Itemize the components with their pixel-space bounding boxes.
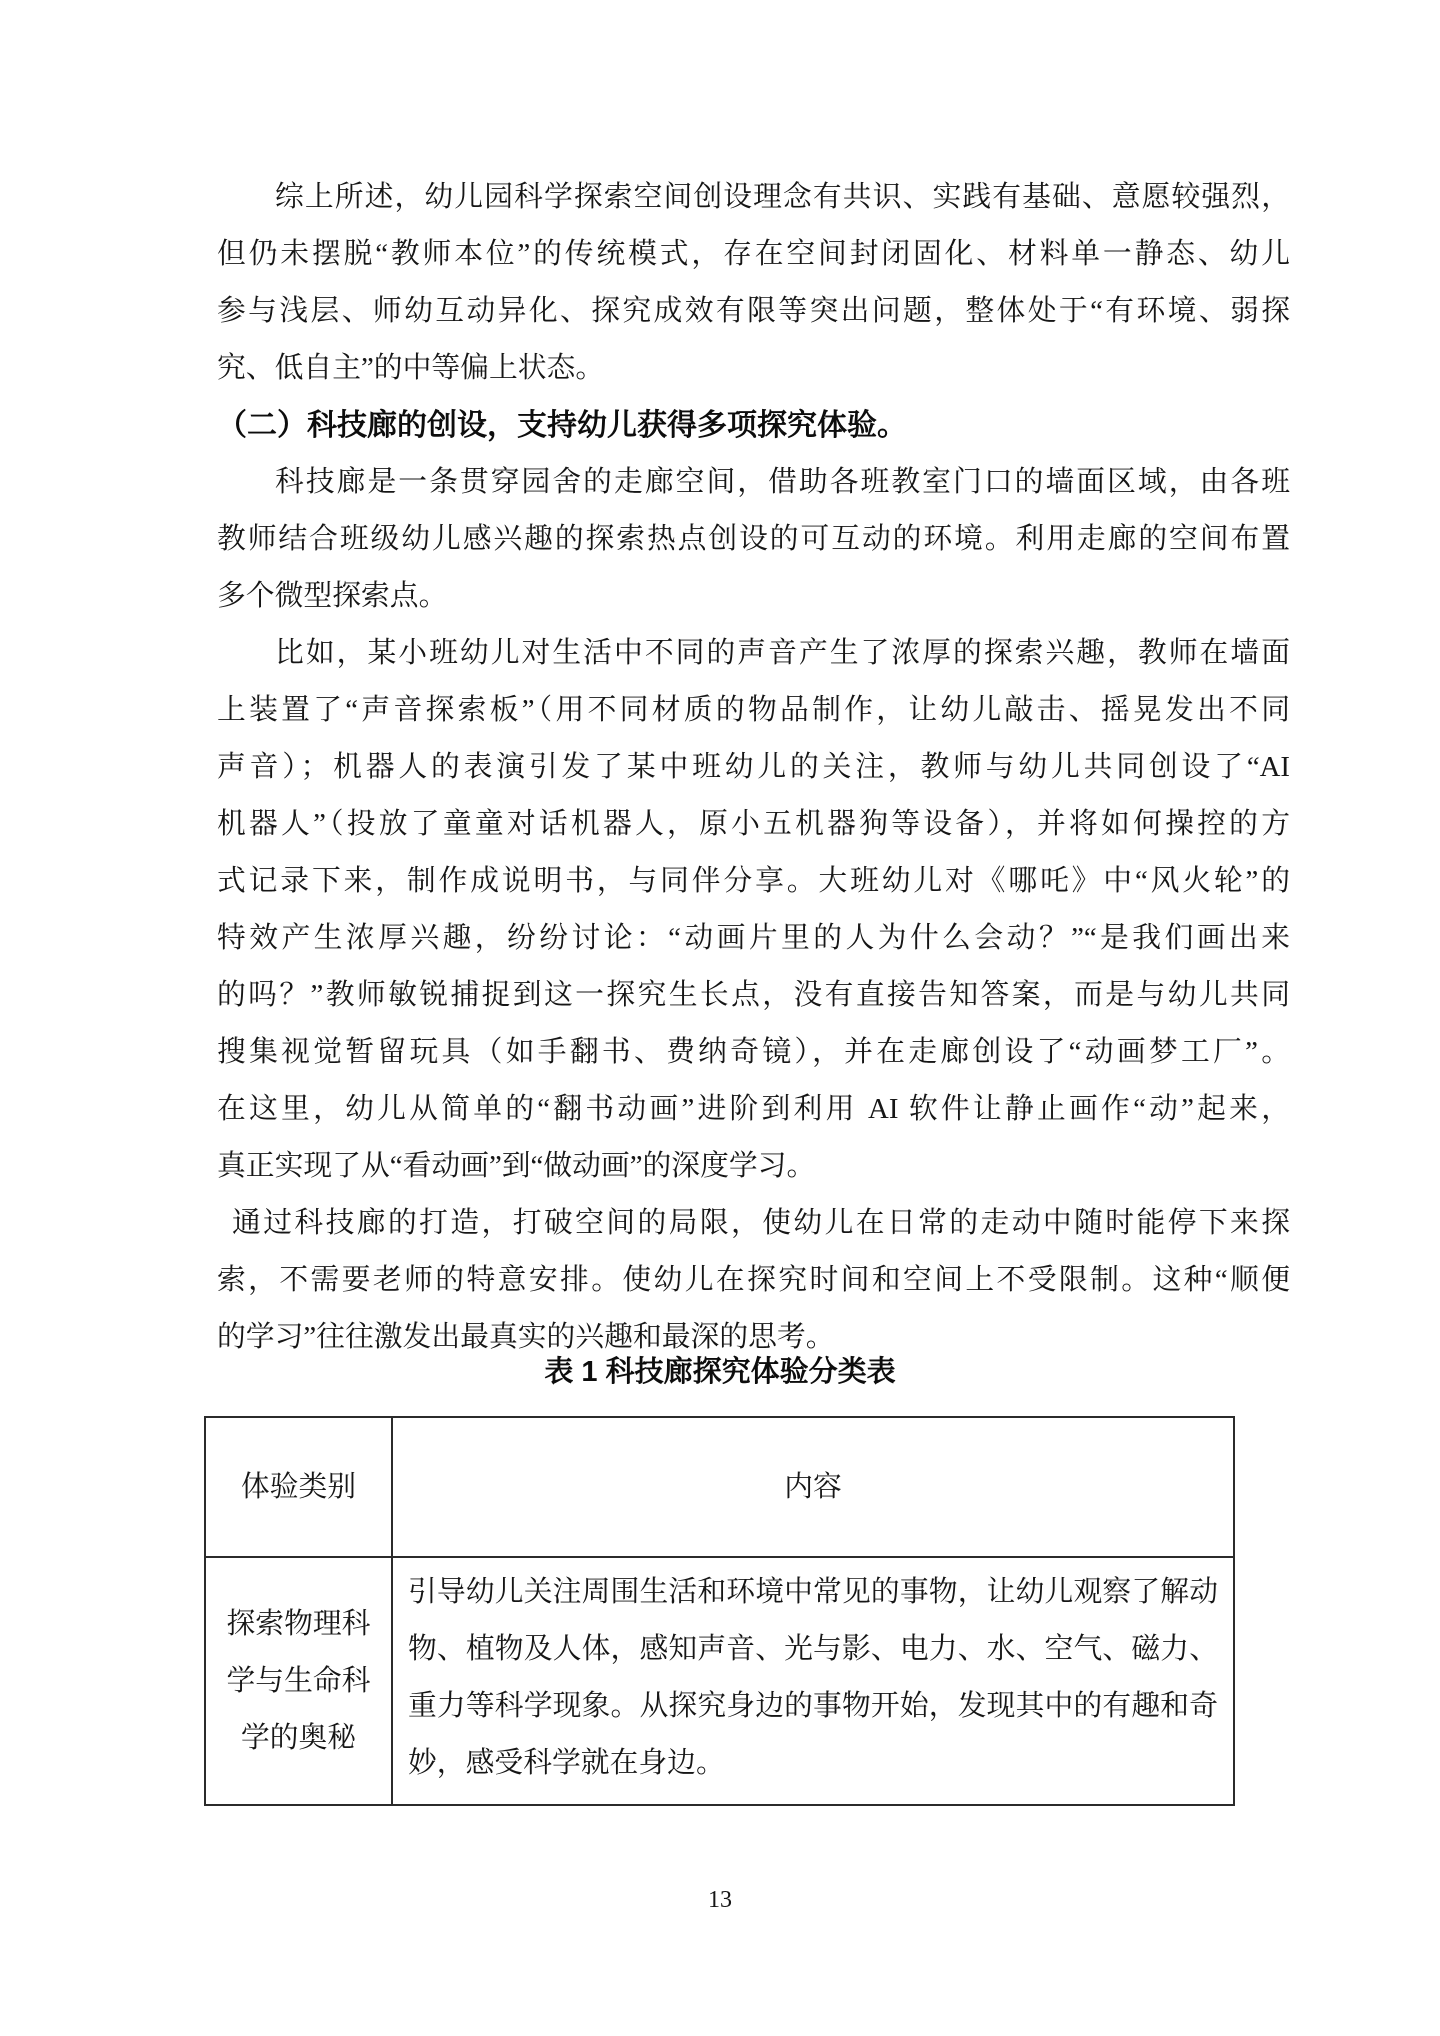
table-header-row: 体验类别 内容 bbox=[205, 1417, 1234, 1557]
text-line: 搜集视觉暂留玩具（如手翻书、费纳奇镜），并在走廊创设了“动画梦工厂”。 bbox=[217, 1024, 1290, 1081]
text-line: 的吗？”教师敏锐捕捉到这一探究生长点，没有直接告知答案，而是与幼儿共同 bbox=[217, 967, 1290, 1024]
section-heading: （二）科技廊的创设，支持幼儿获得多项探究体验。 bbox=[217, 397, 1290, 454]
experience-classification-table: 体验类别 内容 探索物理科学与生命科学的奥秘 引导幼儿关注周围生活和环境中常见的… bbox=[204, 1416, 1235, 1806]
text-line: 综上所述，幼儿园科学探索空间创设理念有共识、实践有基础、意愿较强烈， bbox=[217, 169, 1290, 226]
text-line: 机器人”（投放了童童对话机器人，原小五机器狗等设备），并将如何操控的方 bbox=[217, 796, 1290, 853]
paragraph-summary: 综上所述，幼儿园科学探索空间创设理念有共识、实践有基础、意愿较强烈， 但仍未摆脱… bbox=[217, 169, 1290, 397]
table-header-category: 体验类别 bbox=[205, 1417, 392, 1557]
text-line: 索，不需要老师的特意安排。使幼儿在探究时间和空间上不受限制。这种“顺便 bbox=[217, 1252, 1290, 1309]
text-line: 在这里，幼儿从简单的“翻书动画”进阶到利用 AI 软件让静止画作“动”起来， bbox=[217, 1081, 1290, 1138]
text-line: 上装置了“声音探索板”（用不同材质的物品制作，让幼儿敲击、摇晃发出不同 bbox=[217, 682, 1290, 739]
text-line: 参与浅层、师幼互动异化、探究成效有限等突出问题，整体处于“有环境、弱探 bbox=[217, 283, 1290, 340]
table-row: 探索物理科学与生命科学的奥秘 引导幼儿关注周围生活和环境中常见的事物，让幼儿观察… bbox=[205, 1557, 1234, 1805]
paragraph-examples: 比如，某小班幼儿对生活中不同的声音产生了浓厚的探索兴趣，教师在墙面 上装置了“声… bbox=[217, 625, 1290, 1195]
text-line: 比如，某小班幼儿对生活中不同的声音产生了浓厚的探索兴趣，教师在墙面 bbox=[217, 625, 1290, 682]
document-page: 综上所述，幼儿园科学探索空间创设理念有共识、实践有基础、意愿较强烈， 但仍未摆脱… bbox=[0, 0, 1440, 2036]
text-line: 真正实现了从“看动画”到“做动画”的深度学习。 bbox=[217, 1138, 1290, 1195]
text-line: 式记录下来，制作成说明书，与同伴分享。大班幼儿对《哪吒》中“风火轮”的 bbox=[217, 853, 1290, 910]
document-body: 综上所述，幼儿园科学探索空间创设理念有共识、实践有基础、意愿较强烈， 但仍未摆脱… bbox=[217, 169, 1290, 1366]
page-number: 13 bbox=[0, 1882, 1440, 1918]
text-line: 声音）；机器人的表演引发了某中班幼儿的关注，教师与幼儿共同创设了“AI bbox=[217, 739, 1290, 796]
text-line: 究、低自主”的中等偏上状态。 bbox=[217, 340, 1290, 397]
table-cell-content: 引导幼儿关注周围生活和环境中常见的事物，让幼儿观察了解动物、植物及人体，感知声音… bbox=[392, 1557, 1234, 1805]
text-line: 科技廊是一条贯穿园舍的走廊空间，借助各班教室门口的墙面区域，由各班 bbox=[217, 454, 1290, 511]
paragraph-impact: 通过科技廊的打造，打破空间的局限，使幼儿在日常的走动中随时能停下来探 索，不需要… bbox=[217, 1195, 1290, 1366]
text-line: 但仍未摆脱“教师本位”的传统模式，存在空间封闭固化、材料单一静态、幼儿 bbox=[217, 226, 1290, 283]
text-line: 教师结合班级幼儿感兴趣的探索热点创设的可互动的环境。利用走廊的空间布置 bbox=[217, 511, 1290, 568]
table-caption: 表 1 科技廊探究体验分类表 bbox=[0, 1344, 1440, 1401]
table-cell-category: 探索物理科学与生命科学的奥秘 bbox=[205, 1557, 392, 1805]
text-line: 特效产生浓厚兴趣，纷纷讨论：“动画片里的人为什么会动？”“是我们画出来 bbox=[217, 910, 1290, 967]
paragraph-tech-corridor: 科技廊是一条贯穿园舍的走廊空间，借助各班教室门口的墙面区域，由各班 教师结合班级… bbox=[217, 454, 1290, 625]
text-line: 通过科技廊的打造，打破空间的局限，使幼儿在日常的走动中随时能停下来探 bbox=[217, 1195, 1290, 1252]
table-header-content: 内容 bbox=[392, 1417, 1234, 1557]
text-line: 多个微型探索点。 bbox=[217, 568, 1290, 625]
